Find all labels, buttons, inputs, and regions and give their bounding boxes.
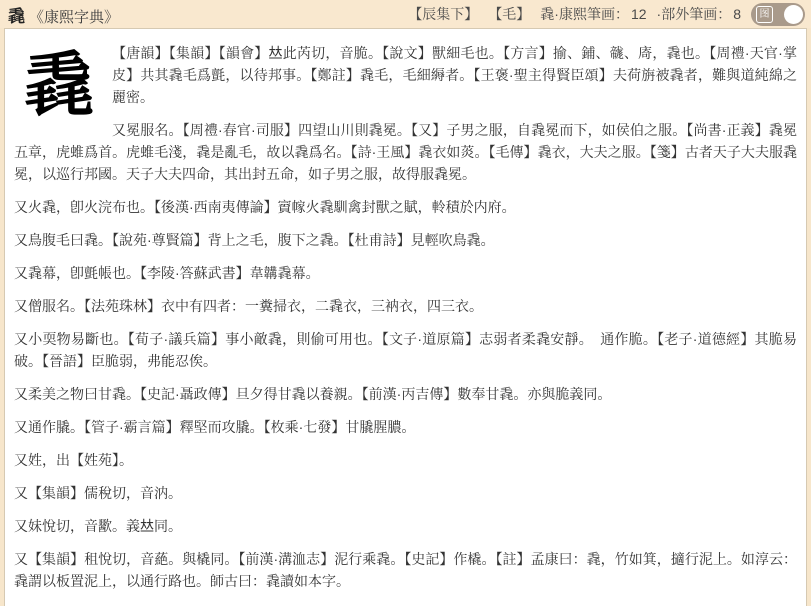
image-mode-toggle[interactable]: 图 [751, 3, 805, 26]
header-character: 毳 [8, 2, 25, 27]
image-toggle-icon: 图 [756, 6, 773, 23]
character-glyph-image: 毳 [14, 44, 104, 128]
entry-paragraph: 又妹悅切，音歠。義𠀤同。 [14, 515, 797, 537]
header-total-strokes: 12 [631, 6, 647, 22]
header-bar: 毳 《康熙字典》 【辰集下】 【毛】 毳·康熙筆画： 12 ·部外筆画： 8 图 [0, 0, 811, 28]
entry-paragraph: 【唐韻】【集韻】【韻會】𠀤此芮切，音脆。【說文】獸細毛也。【方言】揄、鋪、𢅛、㢊… [14, 42, 797, 108]
entry-paragraph: 又僧服名。【法苑珠林】衣中有四者：一糞掃衣，二毳衣，三衲衣，四三衣。 [14, 295, 797, 317]
entry-paragraph: 又火毳，卽火浣布也。【後漢·西南夷傳論】賨幏火毳馴禽封獸之賦，軨積於内府。 [14, 196, 797, 218]
entry-paragraph: 又柔美之物曰甘毳。【史記·聶政傳】旦夕得甘毳以養親。【前漢·丙吉傳】數奉甘毳。亦… [14, 383, 797, 405]
header-stroke-label-total: 毳·康熙筆画： [540, 4, 629, 24]
entry-paragraph: 又毳幕，卽氈帳也。【李陵·答蘇武書】韋韝毳幕。 [14, 262, 797, 284]
header-outside-strokes: 8 [733, 6, 741, 22]
header-radical: 【毛】 [488, 4, 530, 24]
header-book-title: 《康熙字典》 [29, 6, 119, 27]
entry-paragraph: 又小耎物易斷也。【荀子·議兵篇】事小敵毳，則偷可用也。【文子·道原篇】志弱者柔毳… [14, 328, 797, 372]
entry-paragraph: 又【集韻】儒稅切，音汭。 [14, 482, 797, 504]
dictionary-entry: 毳 【唐韻】【集韻】【韻會】𠀤此芮切，音脆。【說文】獸細毛也。【方言】揄、鋪、𢅛… [4, 28, 807, 606]
entry-paragraph: 又姓，出【姓苑】。 [14, 449, 797, 471]
toggle-knob-icon [784, 5, 803, 24]
entry-paragraph: 又【集韻】租悅切，音蕝。與橇同。【前漢·溝洫志】泥行乘毳。【史記】作橇。【註】孟… [14, 548, 797, 592]
header-section: 【辰集下】 [408, 4, 478, 24]
header-title: 毳 《康熙字典》 [8, 2, 119, 27]
entry-paragraph: 又冕服名。【周禮·春官·司服】四望山川則毳冕。【又】子男之服，自毳冕而下，如侯伯… [14, 119, 797, 185]
header-stroke-label-outside: ·部外筆画： [657, 4, 732, 24]
header-entry-info: 【辰集下】 【毛】 毳·康熙筆画： 12 ·部外筆画： 8 图 [398, 3, 805, 26]
entry-paragraph: 又鳥腹毛曰毳。【說苑·尊賢篇】背上之毛，腹下之毳。【杜甫詩】見輕吹鳥毳。 [14, 229, 797, 251]
entry-paragraph: 又通作膬。【管子·霸言篇】釋堅而攻膬。【枚乘·七發】甘膬腥膿。 [14, 416, 797, 438]
